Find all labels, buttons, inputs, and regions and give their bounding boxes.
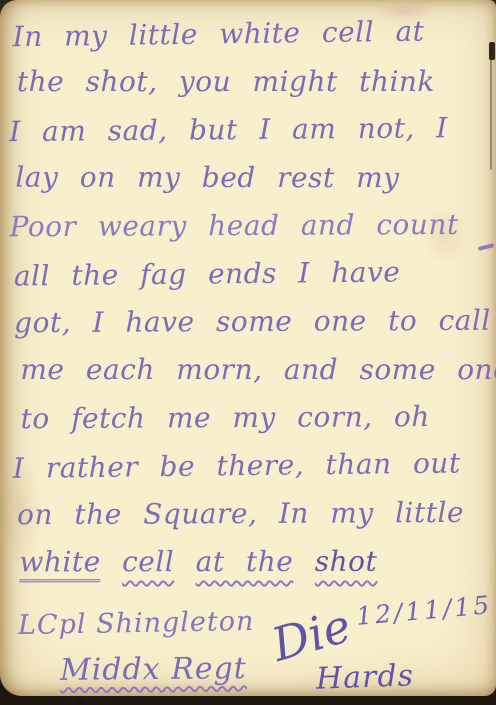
signature-regiment: Middx Regt — [60, 651, 247, 688]
signature-date: 12/11/15 — [355, 590, 493, 631]
poem-line: on the Square, In my little — [11, 489, 493, 540]
poem-line-final: white cell at the shot — [11, 538, 493, 587]
signature-nickname-hards: Hards — [315, 658, 414, 696]
poem-line: me each morn, and some one — [10, 346, 492, 394]
poem-line: to fetch me my corn, oh — [11, 393, 493, 444]
underlined-words-at-the: at the — [196, 545, 294, 578]
underlined-word-shot: shot — [315, 545, 378, 578]
poem-text: In my little white cell at the shot, you… — [8, 9, 493, 588]
poem-line: In my little white cell at — [8, 7, 491, 62]
notebook-page: In my little white cell at the shot, you… — [0, 0, 496, 696]
page-edge-shadow-line — [490, 58, 492, 170]
photo-background: In my little white cell at the shot, you… — [0, 0, 496, 705]
poem-line: I rather be there, than out — [11, 439, 494, 493]
underlined-word-cell: cell — [122, 545, 174, 578]
poem-line: I am sad, but I am not, I — [9, 104, 491, 156]
poem-line: got, I have some one to call — [10, 297, 492, 348]
poem-line: the shot, you might think — [9, 58, 491, 106]
poem-line: all the fag ends I have — [10, 247, 492, 300]
poem-line: Poor weary head and count — [10, 201, 492, 252]
signature-rank-name: LCpl Shingleton — [18, 606, 255, 641]
underlined-word-white: white — [19, 545, 100, 582]
poem-line: lay on my bed rest my — [9, 154, 491, 203]
